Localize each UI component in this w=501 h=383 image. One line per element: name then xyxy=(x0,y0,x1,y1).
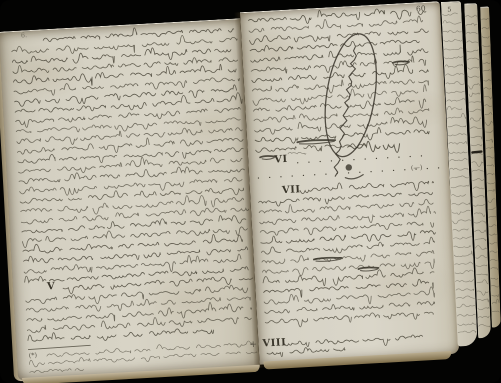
handwriting-stroke xyxy=(488,208,495,210)
handwriting-stroke xyxy=(484,96,491,99)
handwriting-stroke xyxy=(445,56,463,59)
handwriting-stroke xyxy=(449,141,467,144)
left-page-handwriting xyxy=(0,19,260,380)
handwriting-stroke xyxy=(458,323,476,326)
handwriting-stroke xyxy=(470,126,481,129)
handwriting-stroke xyxy=(491,267,498,269)
handwriting-stroke xyxy=(474,212,485,217)
handwriting-stroke xyxy=(478,299,489,303)
handwriting-stroke xyxy=(255,125,430,147)
handwriting-stroke xyxy=(466,32,477,35)
handwriting-stroke xyxy=(487,165,494,167)
handwriting-stroke xyxy=(490,259,497,261)
section-numeral-v: V xyxy=(47,281,56,292)
handwriting-stroke xyxy=(492,311,499,312)
handwriting-stroke xyxy=(482,36,489,38)
handwriting-stroke xyxy=(486,139,493,143)
handwriting-stroke xyxy=(28,345,90,349)
handwriting-stroke xyxy=(262,158,274,160)
handwriting-stroke xyxy=(454,251,472,257)
handwriting-stroke xyxy=(18,152,242,177)
handwriting-stroke xyxy=(15,92,243,116)
handwriting-stroke xyxy=(466,23,477,26)
handwriting-stroke xyxy=(27,312,251,335)
right-page-handwriting xyxy=(240,2,459,365)
handwriting-stroke xyxy=(453,237,471,240)
handwriting-stroke xyxy=(22,214,246,235)
handwriting-stroke xyxy=(393,61,409,63)
handwriting-stroke xyxy=(486,131,493,133)
handwriting-stroke xyxy=(483,53,490,55)
handwriting-stroke xyxy=(447,106,462,111)
handwriting-stroke xyxy=(487,173,494,175)
handwriting-stroke xyxy=(262,248,434,267)
handwriting-stroke xyxy=(456,288,474,291)
section-numeral-vii: VII xyxy=(282,184,301,196)
handwriting-stroke xyxy=(483,69,490,71)
handwriting-stroke xyxy=(23,233,243,254)
handwriting-stroke xyxy=(457,303,475,307)
handwriting-stroke xyxy=(444,39,462,42)
handwriting-stroke xyxy=(14,74,240,97)
handwriting-stroke xyxy=(477,280,488,284)
handwriting-stroke xyxy=(472,170,483,173)
handwriting-stroke xyxy=(43,22,234,43)
handwriting-stroke xyxy=(488,189,495,191)
handwriting-stroke xyxy=(489,216,496,217)
margin-plus-mark: + xyxy=(249,340,257,350)
handwriting-stroke xyxy=(254,115,427,137)
handwriting-stroke xyxy=(260,220,434,238)
section-numeral-vi: VI xyxy=(274,154,288,166)
handwriting-stroke xyxy=(19,175,242,198)
photo-frame: 6. V (*) 60 VI . . . . . . . . . . . . .… xyxy=(0,0,501,383)
handwriting-stroke xyxy=(443,30,461,33)
handwriting-stroke xyxy=(455,270,473,274)
handwriting-stroke xyxy=(458,330,476,333)
handwriting-stroke xyxy=(491,278,498,280)
handwriting-stroke xyxy=(284,334,423,351)
handwriting-stroke xyxy=(455,262,473,265)
handwriting-stroke xyxy=(467,50,478,52)
handwriting-stroke xyxy=(452,202,470,205)
handwriting-stroke xyxy=(17,133,243,158)
handwriting-stroke xyxy=(475,245,486,249)
handwriting-stroke xyxy=(485,113,492,115)
handwriting-stroke xyxy=(261,237,435,257)
handwriting-stroke xyxy=(448,124,466,127)
handwriting-stroke xyxy=(20,192,244,218)
handwriting-stroke xyxy=(476,265,487,267)
handwriting-stroke xyxy=(21,205,249,225)
handwriting-stroke xyxy=(445,64,463,68)
handwriting-stroke xyxy=(47,339,253,357)
handwriting-stroke xyxy=(476,255,487,258)
handwriting-stroke xyxy=(492,299,499,304)
handwriting-stroke xyxy=(471,144,482,146)
handwriting-stroke xyxy=(263,267,435,290)
handwriting-stroke xyxy=(20,184,244,207)
handwriting-stroke xyxy=(469,102,480,103)
handwriting-stroke xyxy=(248,4,426,27)
handwriting-stroke xyxy=(450,158,468,161)
handwriting-stroke xyxy=(472,178,483,181)
behind-page-number: 5 xyxy=(447,5,452,13)
manuscript-book: 6. V (*) 60 VI . . . . . . . . . . . . .… xyxy=(0,0,501,383)
handwriting-stroke xyxy=(251,63,428,86)
handwriting-stroke xyxy=(446,91,464,94)
handwriting-stroke xyxy=(451,194,465,197)
handwriting-stroke xyxy=(13,53,238,74)
handwriting-stroke xyxy=(450,167,468,170)
handwriting-stroke xyxy=(259,206,435,229)
left-page: 6. V (*) xyxy=(0,18,260,380)
handwriting-stroke xyxy=(445,73,463,76)
handwriting-stroke xyxy=(478,307,489,310)
handwriting-stroke xyxy=(490,242,497,244)
handwriting-stroke xyxy=(22,223,248,248)
handwriting-stroke xyxy=(457,314,475,317)
handwriting-stroke xyxy=(488,182,495,184)
handwriting-stroke xyxy=(467,40,478,43)
handwriting-stroke xyxy=(447,113,465,119)
handwriting-stroke xyxy=(24,264,248,285)
handwriting-stroke xyxy=(444,48,462,51)
handwriting-stroke xyxy=(489,234,496,236)
handwriting-stroke xyxy=(261,227,436,249)
handwriting-stroke xyxy=(483,62,490,64)
handwriting-stroke xyxy=(479,324,490,327)
handwriting-stroke xyxy=(456,279,474,282)
handwriting-stroke xyxy=(473,187,484,190)
handwriting-stroke xyxy=(265,309,433,328)
handwriting-stroke xyxy=(260,156,275,158)
handwriting-stroke xyxy=(316,259,341,262)
dots-end-mark: (—) xyxy=(411,163,423,172)
handwriting-stroke xyxy=(482,27,489,29)
handwriting-stroke xyxy=(454,245,470,248)
handwriting-stroke xyxy=(443,20,461,25)
handwriting-stroke xyxy=(477,291,488,296)
handwriting-stroke xyxy=(251,55,426,77)
handwriting-stroke xyxy=(487,156,494,158)
handwriting-stroke xyxy=(449,151,467,153)
handwriting-stroke xyxy=(484,79,491,81)
handwriting-stroke xyxy=(470,117,481,121)
handwriting-stroke xyxy=(484,87,491,89)
handwriting-stroke xyxy=(489,225,496,227)
right-page-number: 60 xyxy=(416,4,426,14)
handwriting-stroke xyxy=(492,294,499,297)
handwriting-stroke xyxy=(452,210,470,215)
handwriting-stroke xyxy=(253,96,426,118)
footnote-marker: (*) xyxy=(29,351,38,359)
handwriting-stroke xyxy=(358,267,378,269)
handwriting-stroke xyxy=(26,300,252,327)
handwriting-stroke xyxy=(25,284,248,308)
handwriting-stroke xyxy=(468,67,479,69)
handwriting-stroke xyxy=(474,204,485,206)
handwriting-stroke xyxy=(29,348,257,369)
handwriting-stroke xyxy=(451,185,469,188)
handwriting-stroke xyxy=(259,197,433,216)
handwriting-stroke xyxy=(472,152,481,153)
handwriting-stroke xyxy=(467,58,478,61)
handwriting-stroke xyxy=(14,85,237,108)
handwriting-stroke xyxy=(12,43,231,68)
handwriting-stroke xyxy=(265,299,435,315)
handwriting-stroke xyxy=(485,121,492,125)
handwriting-stroke xyxy=(361,269,378,271)
handwriting-stroke xyxy=(30,368,84,374)
handwriting-stroke xyxy=(262,259,434,278)
handwriting-stroke xyxy=(486,147,493,149)
handwriting-stroke xyxy=(250,37,419,53)
handwriting-stroke xyxy=(469,93,480,97)
handwriting-stroke xyxy=(468,76,479,78)
right-page: 60 VI . . . . . . . . . . . . . . . . . … xyxy=(240,1,459,365)
handwriting-stroke xyxy=(448,133,466,136)
handwriting-stroke xyxy=(16,107,241,128)
handwriting-stroke xyxy=(483,45,490,47)
handwriting-stroke xyxy=(482,18,489,19)
handwriting-stroke xyxy=(475,230,486,233)
handwriting-stroke xyxy=(456,296,474,300)
handwriting-stroke xyxy=(453,229,468,232)
handwriting-stroke xyxy=(288,151,306,155)
handwriting-stroke xyxy=(470,109,481,112)
handwriting-stroke xyxy=(485,105,492,107)
handwriting-stroke xyxy=(28,324,214,345)
handwriting-stroke xyxy=(478,316,489,318)
handwriting-stroke xyxy=(450,175,468,178)
handwriting-stroke xyxy=(490,251,497,253)
handwriting-stroke xyxy=(447,98,465,101)
handwriting-stroke xyxy=(473,195,484,197)
handwriting-stroke xyxy=(471,136,482,140)
handwriting-stroke xyxy=(466,15,477,17)
handwriting-stroke xyxy=(453,219,471,224)
handwriting-stroke xyxy=(469,84,480,90)
handwriting-stroke xyxy=(249,14,423,33)
handwriting-stroke xyxy=(472,161,483,166)
handwriting-stroke xyxy=(491,285,498,287)
handwriting-stroke xyxy=(253,85,427,107)
handwriting-stroke xyxy=(446,81,464,85)
handwriting-stroke xyxy=(476,274,487,276)
handwriting-stroke xyxy=(488,199,495,203)
handwriting-stroke xyxy=(475,238,486,241)
left-page-corner-mark: 6. xyxy=(21,31,28,39)
section-numeral-viii: VIII xyxy=(262,337,286,349)
handwriting-stroke xyxy=(474,221,485,224)
